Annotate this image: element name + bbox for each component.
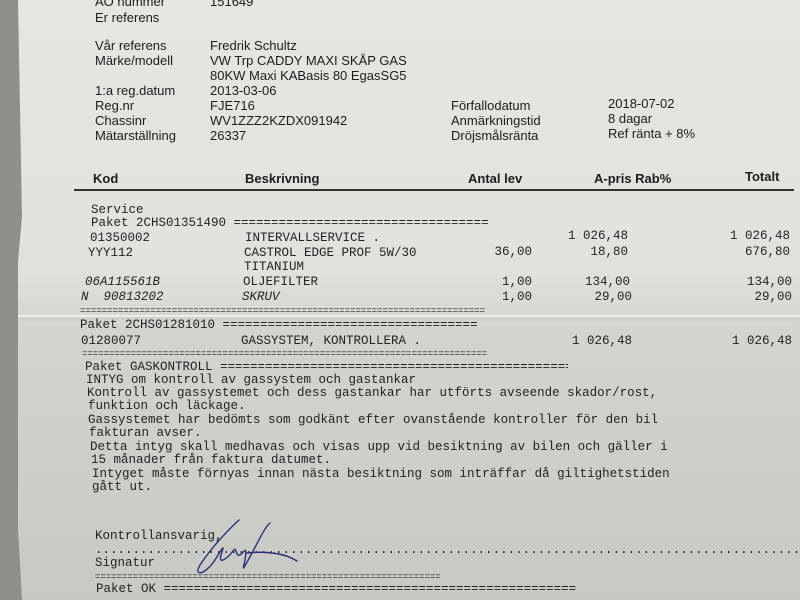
var-referens-value: Fredrik Schultz bbox=[210, 38, 297, 53]
matarstallning-value: 26337 bbox=[210, 128, 246, 143]
certificate-line: INTYG om kontroll av gassystem och gasta… bbox=[86, 373, 416, 387]
certificate-line: Detta intyg skall medhavas och visas upp… bbox=[90, 440, 668, 454]
package-title: Paket 2CHS01351490 =====================… bbox=[91, 216, 489, 230]
section-title: Service bbox=[91, 203, 144, 217]
certificate-line: Kontroll av gassystemet och dess gastank… bbox=[87, 386, 657, 400]
reg-datum-value: 2013-03-06 bbox=[210, 83, 277, 98]
marke-modell-label: Märke/modell bbox=[95, 53, 173, 68]
col-antal-lev: Antal lev bbox=[468, 171, 522, 186]
col-totalt: Totalt bbox=[745, 169, 779, 184]
certificate-line: gått ut. bbox=[92, 480, 152, 494]
marke-modell-value: VW Trp CADDY MAXI SKÅP GAS bbox=[210, 53, 407, 68]
chassinr-value: WV1ZZZ2KZDX091942 bbox=[210, 113, 347, 128]
certificate-line: funktion och läckage. bbox=[88, 399, 246, 413]
certificate-title: Paket GASKONTROLL ======================… bbox=[85, 360, 568, 374]
col-kod: Kod bbox=[93, 171, 118, 186]
ao-number-value: 151649 bbox=[210, 0, 253, 9]
marke-modell-value-2: 80KW Maxi KABasis 80 EgasSG5 bbox=[210, 68, 407, 83]
anmarkningstid-label: Anmärkningstid bbox=[451, 113, 541, 128]
certificate-line: Intyget måste förnyas innan nästa besikt… bbox=[92, 467, 670, 481]
package-title: Paket 2CHS01281010 =====================… bbox=[80, 318, 478, 332]
matarstallning-label: Mätarställning bbox=[95, 128, 176, 143]
forfallodatum-value: 2018-07-02 bbox=[608, 96, 675, 111]
er-referens-label: Er referens bbox=[95, 10, 159, 25]
anmarkningstid-value: 8 dagar bbox=[608, 111, 652, 126]
reg-datum-label: 1:a reg.datum bbox=[95, 83, 175, 98]
reg-nr-label: Reg.nr bbox=[95, 98, 134, 113]
drojsmalsranta-label: Dröjsmålsränta bbox=[451, 128, 538, 143]
handwritten-signature bbox=[185, 515, 315, 580]
col-apris-rab: A-pris Rab% bbox=[594, 171, 671, 186]
drojsmalsranta-value: Ref ränta + 8% bbox=[608, 126, 695, 141]
certificate-line: Gassystemet har bedömts som godkänt efte… bbox=[88, 413, 658, 427]
separator: ========================================… bbox=[82, 347, 568, 361]
header-rule bbox=[74, 189, 794, 191]
ao-number-label: AO nummer bbox=[95, 0, 165, 9]
signature-label: Signatur bbox=[95, 556, 155, 570]
reg-nr-value: FJE716 bbox=[210, 98, 255, 113]
package-ok-line: Paket OK ===============================… bbox=[96, 582, 580, 596]
certificate-line: 15 månader från faktura datumet. bbox=[91, 453, 331, 467]
var-referens-label: Vår referens bbox=[95, 38, 167, 53]
chassinr-label: Chassinr bbox=[95, 113, 146, 128]
forfallodatum-label: Förfallodatum bbox=[451, 98, 530, 113]
col-beskrivning: Beskrivning bbox=[245, 171, 319, 186]
separator: ========================================… bbox=[80, 304, 568, 318]
certificate-line: fakturan avser. bbox=[89, 426, 202, 440]
